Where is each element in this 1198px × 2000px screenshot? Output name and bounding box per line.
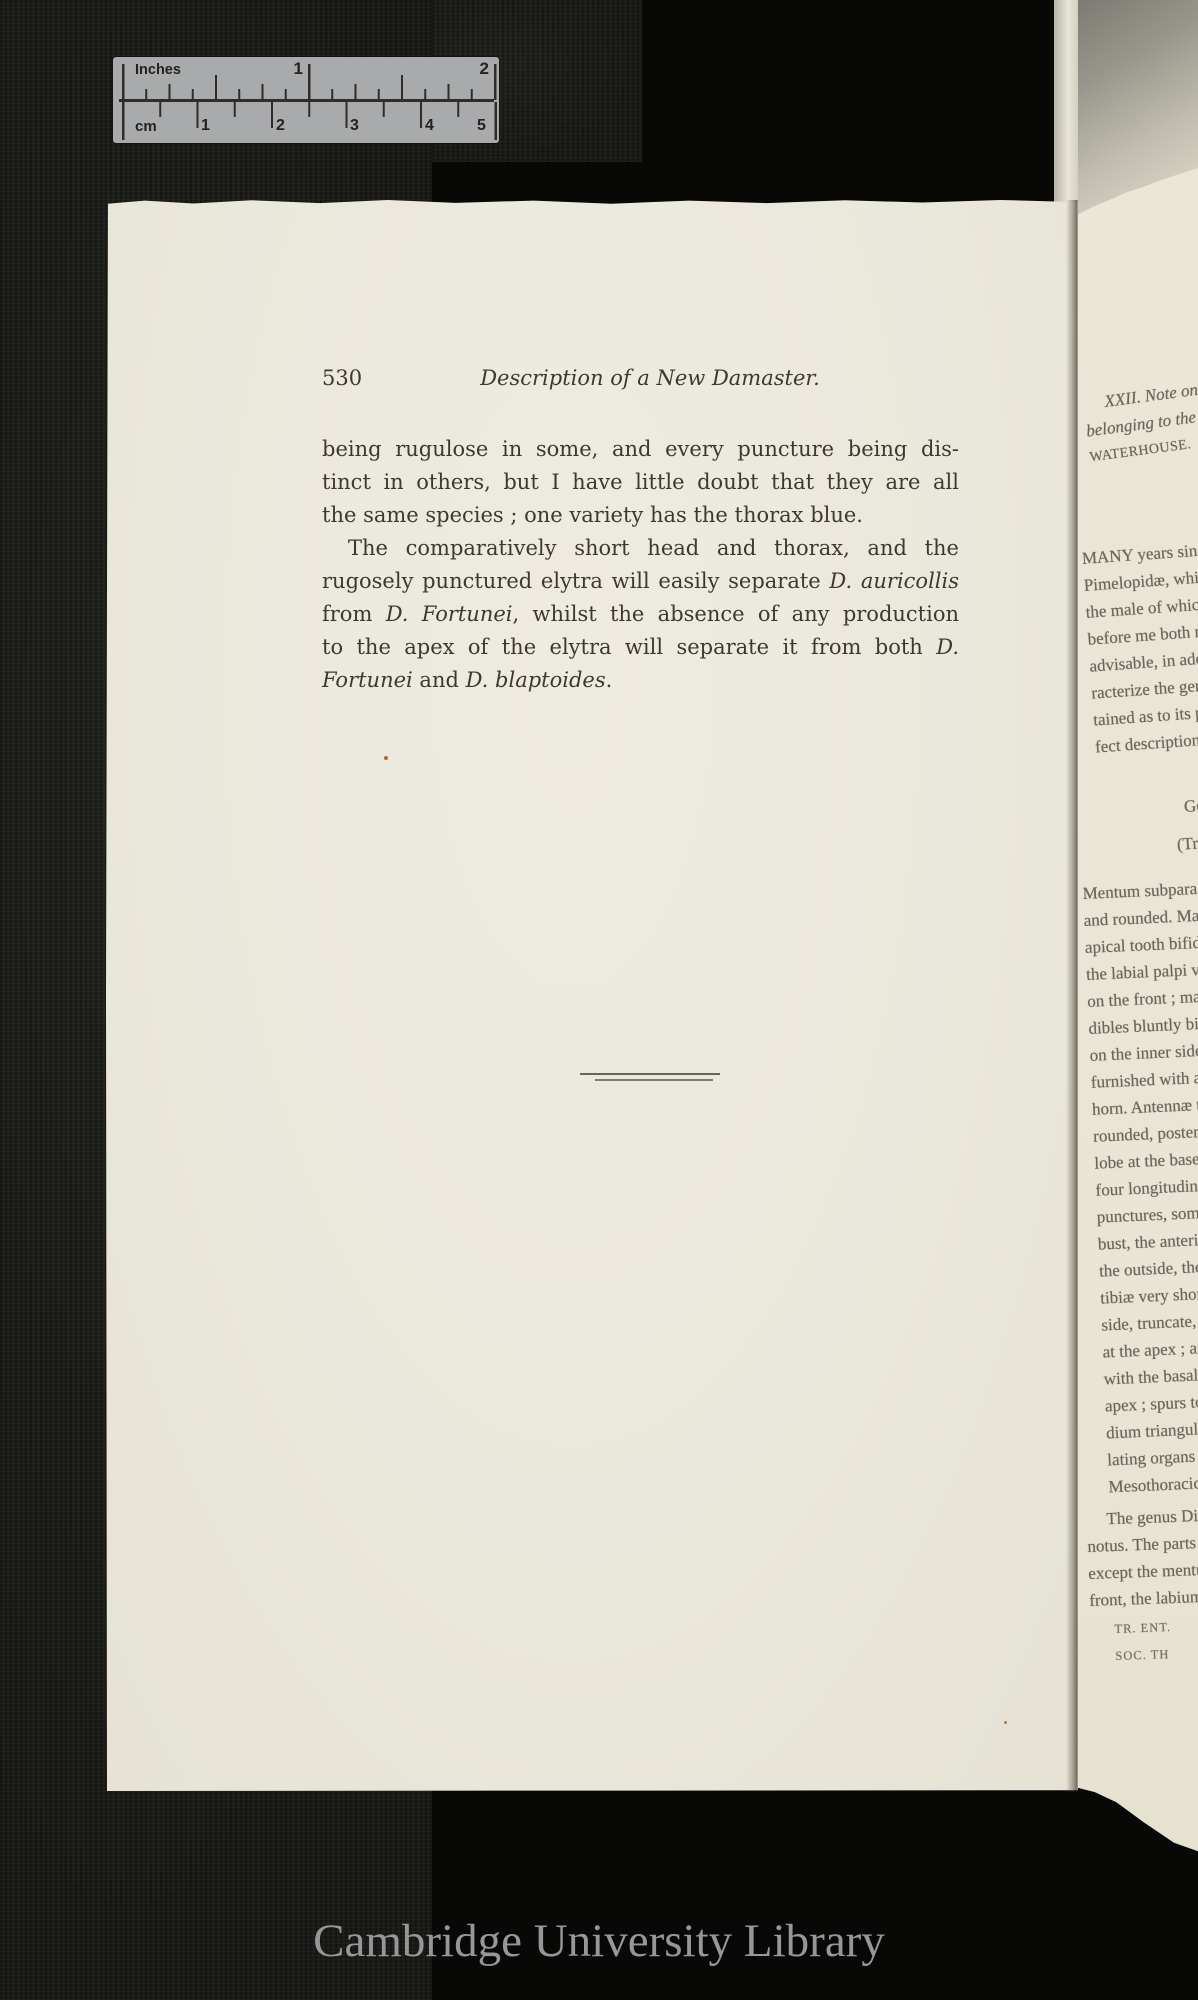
text-line: to the apex of the elytra will separate …: [322, 631, 959, 664]
tribe-heading-partial: (Tr: [1176, 830, 1198, 858]
next-page-intro-text: MANY years since Pimelopidæ, which the m…: [1081, 527, 1198, 761]
text-segment: to the apex of the elytra will separate …: [322, 635, 936, 659]
text-line: from D. Fortunei, whilst the absence of …: [322, 598, 959, 631]
text-line: rugosely punctured elytra will easily se…: [322, 565, 959, 598]
section-divider-rule: [580, 1073, 720, 1075]
measurement-ruler: Inches 1 2 cm 1 2 3 4 5: [113, 57, 499, 143]
text-line: being rugulose in some, and every punctu…: [322, 433, 959, 466]
species-name: Fortunei: [322, 668, 413, 692]
text-segment: , whilst the absence of any production: [513, 602, 959, 626]
page-edge-sliver: [1054, 0, 1080, 212]
text-line: the same species ; one variety has the t…: [322, 499, 959, 532]
species-name: D. blaptoides: [466, 668, 606, 692]
genus-heading-partial: Ge: [1183, 792, 1198, 820]
running-header: Description of a New Damaster.: [420, 366, 880, 390]
text-segment: and: [413, 668, 466, 692]
page-number: 530: [322, 366, 362, 390]
scanned-book-photograph: Inches 1 2 cm 1 2 3 4 5 530 Description …: [0, 0, 1198, 2000]
library-watermark: Cambridge University Library: [0, 1914, 1198, 1968]
dust-speck: [384, 756, 388, 760]
ruler-inch-2: 2: [471, 59, 489, 79]
ruler-cm-label: cm: [135, 118, 157, 135]
text-segment: rugosely punctured elytra will easily se…: [322, 569, 829, 593]
species-name: D. Fortunei: [386, 602, 513, 626]
text-segment: being rugulose in some, and every punctu…: [322, 437, 959, 461]
text-line: The comparatively short head and thorax,…: [322, 532, 959, 565]
text-line: Fortunei and D. blaptoides.: [322, 664, 959, 697]
section-divider-rule: [595, 1079, 713, 1081]
text-segment: tinct in others, but I have little doubt…: [322, 470, 959, 494]
text-line: tinct in others, but I have little doubt…: [322, 466, 959, 499]
text-segment: The comparatively short head and thorax,…: [348, 536, 959, 560]
text-segment: .: [606, 668, 613, 692]
page-body-text: being rugulose in some, and every punctu…: [322, 433, 959, 697]
species-name: D. auricollis: [829, 569, 959, 593]
ruler-inches-label: Inches: [135, 62, 181, 78]
ruler-inch-1: 1: [285, 59, 303, 79]
ruler-cm-ticks: [122, 102, 497, 142]
ruler-cm-1: 1: [201, 117, 210, 135]
ruler-cm-5: 5: [477, 117, 486, 135]
dust-speck: [1004, 1721, 1007, 1724]
page-gutter-shadow: [1066, 200, 1078, 1792]
ruler-cm-3: 3: [350, 117, 359, 135]
species-name: D.: [936, 635, 959, 659]
text-segment: from: [322, 602, 386, 626]
ruler-cm-4: 4: [425, 117, 434, 135]
ruler-cm-2: 2: [276, 117, 285, 135]
next-page-closing-text: The genus Dipe notus. The parts except t…: [1086, 1497, 1198, 1614]
printer-signature: TR. ENT. SOC. TH: [1114, 1613, 1198, 1670]
text-segment: the same species ; one variety has the t…: [322, 503, 863, 527]
